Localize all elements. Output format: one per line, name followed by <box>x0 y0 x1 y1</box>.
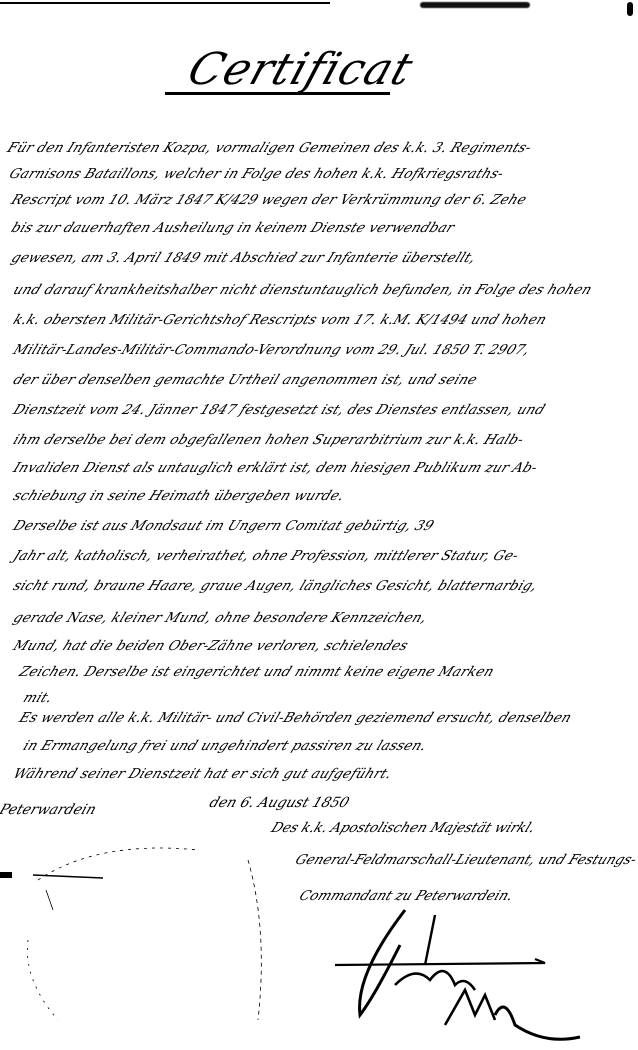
body-line: ihm derselbe bei dem obgefallenen hohen … <box>11 432 526 448</box>
body-line: der über denselben gemachte Urtheil ange… <box>11 372 480 388</box>
body-line: gewesen, am 3. April 1849 mit Abschied z… <box>9 250 478 266</box>
body-line: sicht rund, braune Haare, graue Augen, l… <box>11 578 540 594</box>
title-underline <box>165 92 390 95</box>
closing-line: Des k.k. Apostolischen Majestät wirkl. <box>269 820 538 836</box>
body-line: Derselbe ist aus Mondsaut im Ungern Comi… <box>11 518 437 534</box>
body-line: Es werden alle k.k. Militär- und Civil-B… <box>17 710 574 726</box>
scan-edge-artifacts <box>0 0 638 14</box>
body-line: schiebung in seine Heimath übergeben wur… <box>11 488 347 504</box>
body-line: bis zur dauerhaften Ausheilung in keinem… <box>9 220 457 236</box>
scan-smudge <box>420 2 530 8</box>
body-line: Mund, hat die beiden Ober-Zähne verloren… <box>11 638 411 654</box>
body-line: Zeichen. Derselbe ist eingerichtet und n… <box>17 664 497 680</box>
date-line: den 6. August 1850 <box>207 795 351 811</box>
margin-mark <box>0 872 12 878</box>
closing-line: Commandant zu Peterwardein. <box>297 888 516 904</box>
body-line: Während seiner Dienstzeit hat er sich gu… <box>11 766 395 782</box>
body-line: Invaliden Dienst als untauglich erklärt … <box>11 460 540 476</box>
body-line: mit. <box>21 690 55 706</box>
document-title: Certificat <box>182 44 420 95</box>
body-line: k.k. obersten Militär-Gerichtshof Rescri… <box>11 312 549 328</box>
scan-edge-line <box>0 2 330 4</box>
document-page: Certificat Für den Infanteristen Kozpa, … <box>0 0 638 1050</box>
body-line: Garnisons Bataillons, welcher in Folge d… <box>7 166 507 182</box>
body-line: Militär-Landes-Militär-Commando-Verordnu… <box>11 342 532 358</box>
body-line: Rescript vom 10. März 1847 K/429 wegen d… <box>9 192 529 208</box>
scan-edge-mark <box>627 2 633 16</box>
body-line: Für den Infanteristen Kozpa, vormaligen … <box>5 140 534 156</box>
place-prefix: Peterwardein <box>0 802 98 818</box>
signature-flourish <box>335 905 595 1045</box>
body-line: Jahr alt, katholisch, verheirathet, ohne… <box>11 548 521 564</box>
closing-line: General-Feldmarschall-Lieutenant, und Fe… <box>293 852 638 868</box>
faded-seal-stamp <box>18 820 278 1030</box>
body-line: und darauf krankheitshalber nicht dienst… <box>11 282 595 298</box>
body-line: in Ermangelung frei und ungehindert pass… <box>21 738 429 754</box>
body-line: gerade Nase, kleiner Mund, ohne besonder… <box>11 610 430 626</box>
body-line: Dienstzeit vom 24. Jänner 1847 festgeset… <box>11 402 548 418</box>
